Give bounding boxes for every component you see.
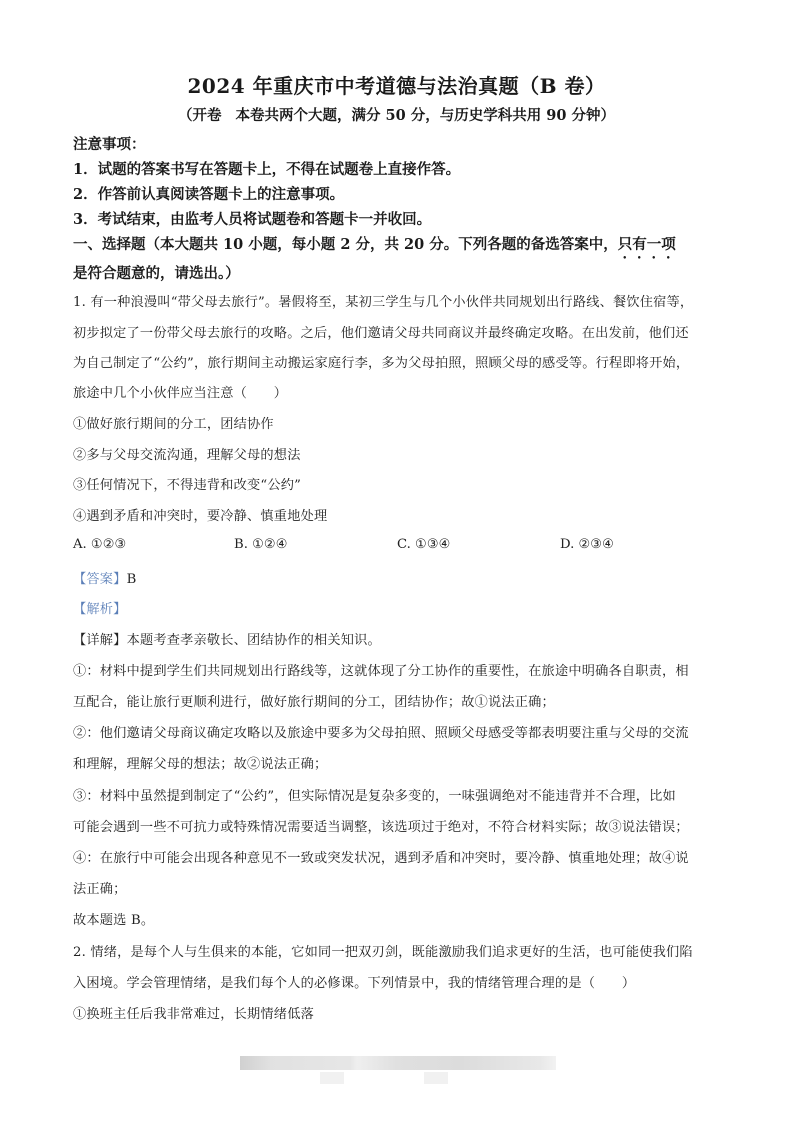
q1-explanation-line: ③：材料中虽然提到制定了“公约”，但实际情况是复杂多变的，一味强调绝对不能违背并… [73,785,676,804]
detail-tag: 【详解】 [73,633,127,648]
page-title: 2024 年重庆市中考道德与法治真题（B 卷） [0,70,793,99]
exam-page: 2024 年重庆市中考道德与法治真题（B 卷） （开卷本卷共两个大题，满分 50… [0,0,793,1122]
blurred-footer-mark [320,1072,344,1084]
subtitle-open-book: （开卷 [178,107,222,124]
q1-detail: 【详解】本题考查孝亲敬长、团结协作的相关知识。 [73,629,381,648]
q1-option-b: B. ①②④ [234,537,288,552]
page-subtitle: （开卷本卷共两个大题，满分 50 分，与历史学科共用 90 分钟） [0,104,793,125]
q1-statement: ①做好旅行期间的分工，团结协作 [73,413,274,432]
q1-analysis: 【解析】 [73,598,127,617]
q1-statement: ④遇到矛盾和冲突时，要冷静、慎重地处理 [73,505,327,524]
q1-statement: ③任何情况下，不得违背和改变“公约” [73,474,301,493]
q1-explanation-line: ①：材料中提到学生们共同规划出行路线等，这就体现了分工协作的重要性，在旅途中明确… [73,660,689,679]
section-heading: 一、选择题（本大题共 10 小题，每小题 2 分，共 20 分。下列各题的备选答… [73,233,676,262]
q1-stem-line: 旅途中几个小伙伴应当注意（ ） [73,382,287,401]
notice-item: 2．作答前认真阅读答题卡上的注意事项。 [73,183,344,204]
answer-tag: 【答案】 [73,572,127,587]
section-heading-cont: 是符合题意的，请选出。） [73,262,240,283]
q1-option-c: C. ①③④ [397,537,450,552]
q1-explanation-line: 法正确； [73,878,127,897]
q1-explanation-line: 可能会遇到一些不可抗力或特殊情况需要适当调整，该选项过于绝对，不符合材料实际；故… [73,816,689,835]
q1-stem-line: 为自己制定了“公约”，旅行期间主动搬运家庭行李，多为父母拍照，照顾父母的感受等。… [73,352,689,371]
answer-value: B [127,572,137,587]
q1-stem-line: 初步拟定了一份带父母去旅行的攻略。之后，他们邀请父母共同商议并最终确定攻略。在出… [73,322,689,341]
q1-explanation-line: 互配合，能让旅行更顺利进行，做好旅行期间的分工，团结协作；故①说法正确； [73,691,555,710]
q2-statement: ①换班主任后我非常难过，长期情绪低落 [73,1003,314,1022]
q2-stem-line: 入困境。学会管理情绪，是我们每个人的必修课。下列情景中，我的情绪管理合理的是（ … [73,972,635,991]
q1-explanation-line: ④：在旅行中可能会出现各种意见不一致或突发状况，遇到矛盾和冲突时，要冷静、慎重地… [73,847,689,866]
q1-answer: 【答案】B [73,568,136,587]
q1-explanation-line: 和理解，理解父母的想法；故②说法正确； [73,753,327,772]
subtitle-info: 本卷共两个大题，满分 50 分，与历史学科共用 90 分钟） [235,107,615,124]
blurred-footer-mark [424,1072,448,1084]
notice-item: 1．试题的答案书写在答题卡上，不得在试题卷上直接作答。 [73,158,460,179]
q1-explanation-line: ②：他们邀请父母商议确定攻略以及旅途中要多为父母拍照、照顾父母感受等都表明要注重… [73,722,689,741]
section-heading-emphasis: 只有一项 [618,236,676,253]
notice-item: 3．考试结束，由监考人员将试题卷和答题卡一并收回。 [73,208,431,229]
detail-intro: 本题考查孝亲敬长、团结协作的相关知识。 [127,633,381,648]
analysis-tag: 【解析】 [73,602,127,617]
q1-statement: ②多与父母交流沟通，理解父母的想法 [73,444,301,463]
q1-option-a: A. ①②③ [73,537,126,552]
blurred-footer-watermark [240,1056,556,1070]
q2-stem-line: 2. 情绪，是每个人与生俱来的本能，它如同一把双刃剑，既能激励我们追求更好的生活… [73,941,693,960]
q1-option-d: D. ②③④ [560,537,614,552]
q1-conclusion: 故本题选 B。 [73,909,154,928]
q1-stem-line: 1. 有一种浪漫叫“带父母去旅行”。暑假将至，某初三学生与几个小伙伴共同规划出行… [73,291,693,310]
section-heading-text: 一、选择题（本大题共 10 小题，每小题 2 分，共 20 分。下列各题的备选答… [73,236,618,253]
notice-heading: 注意事项： [73,133,146,154]
